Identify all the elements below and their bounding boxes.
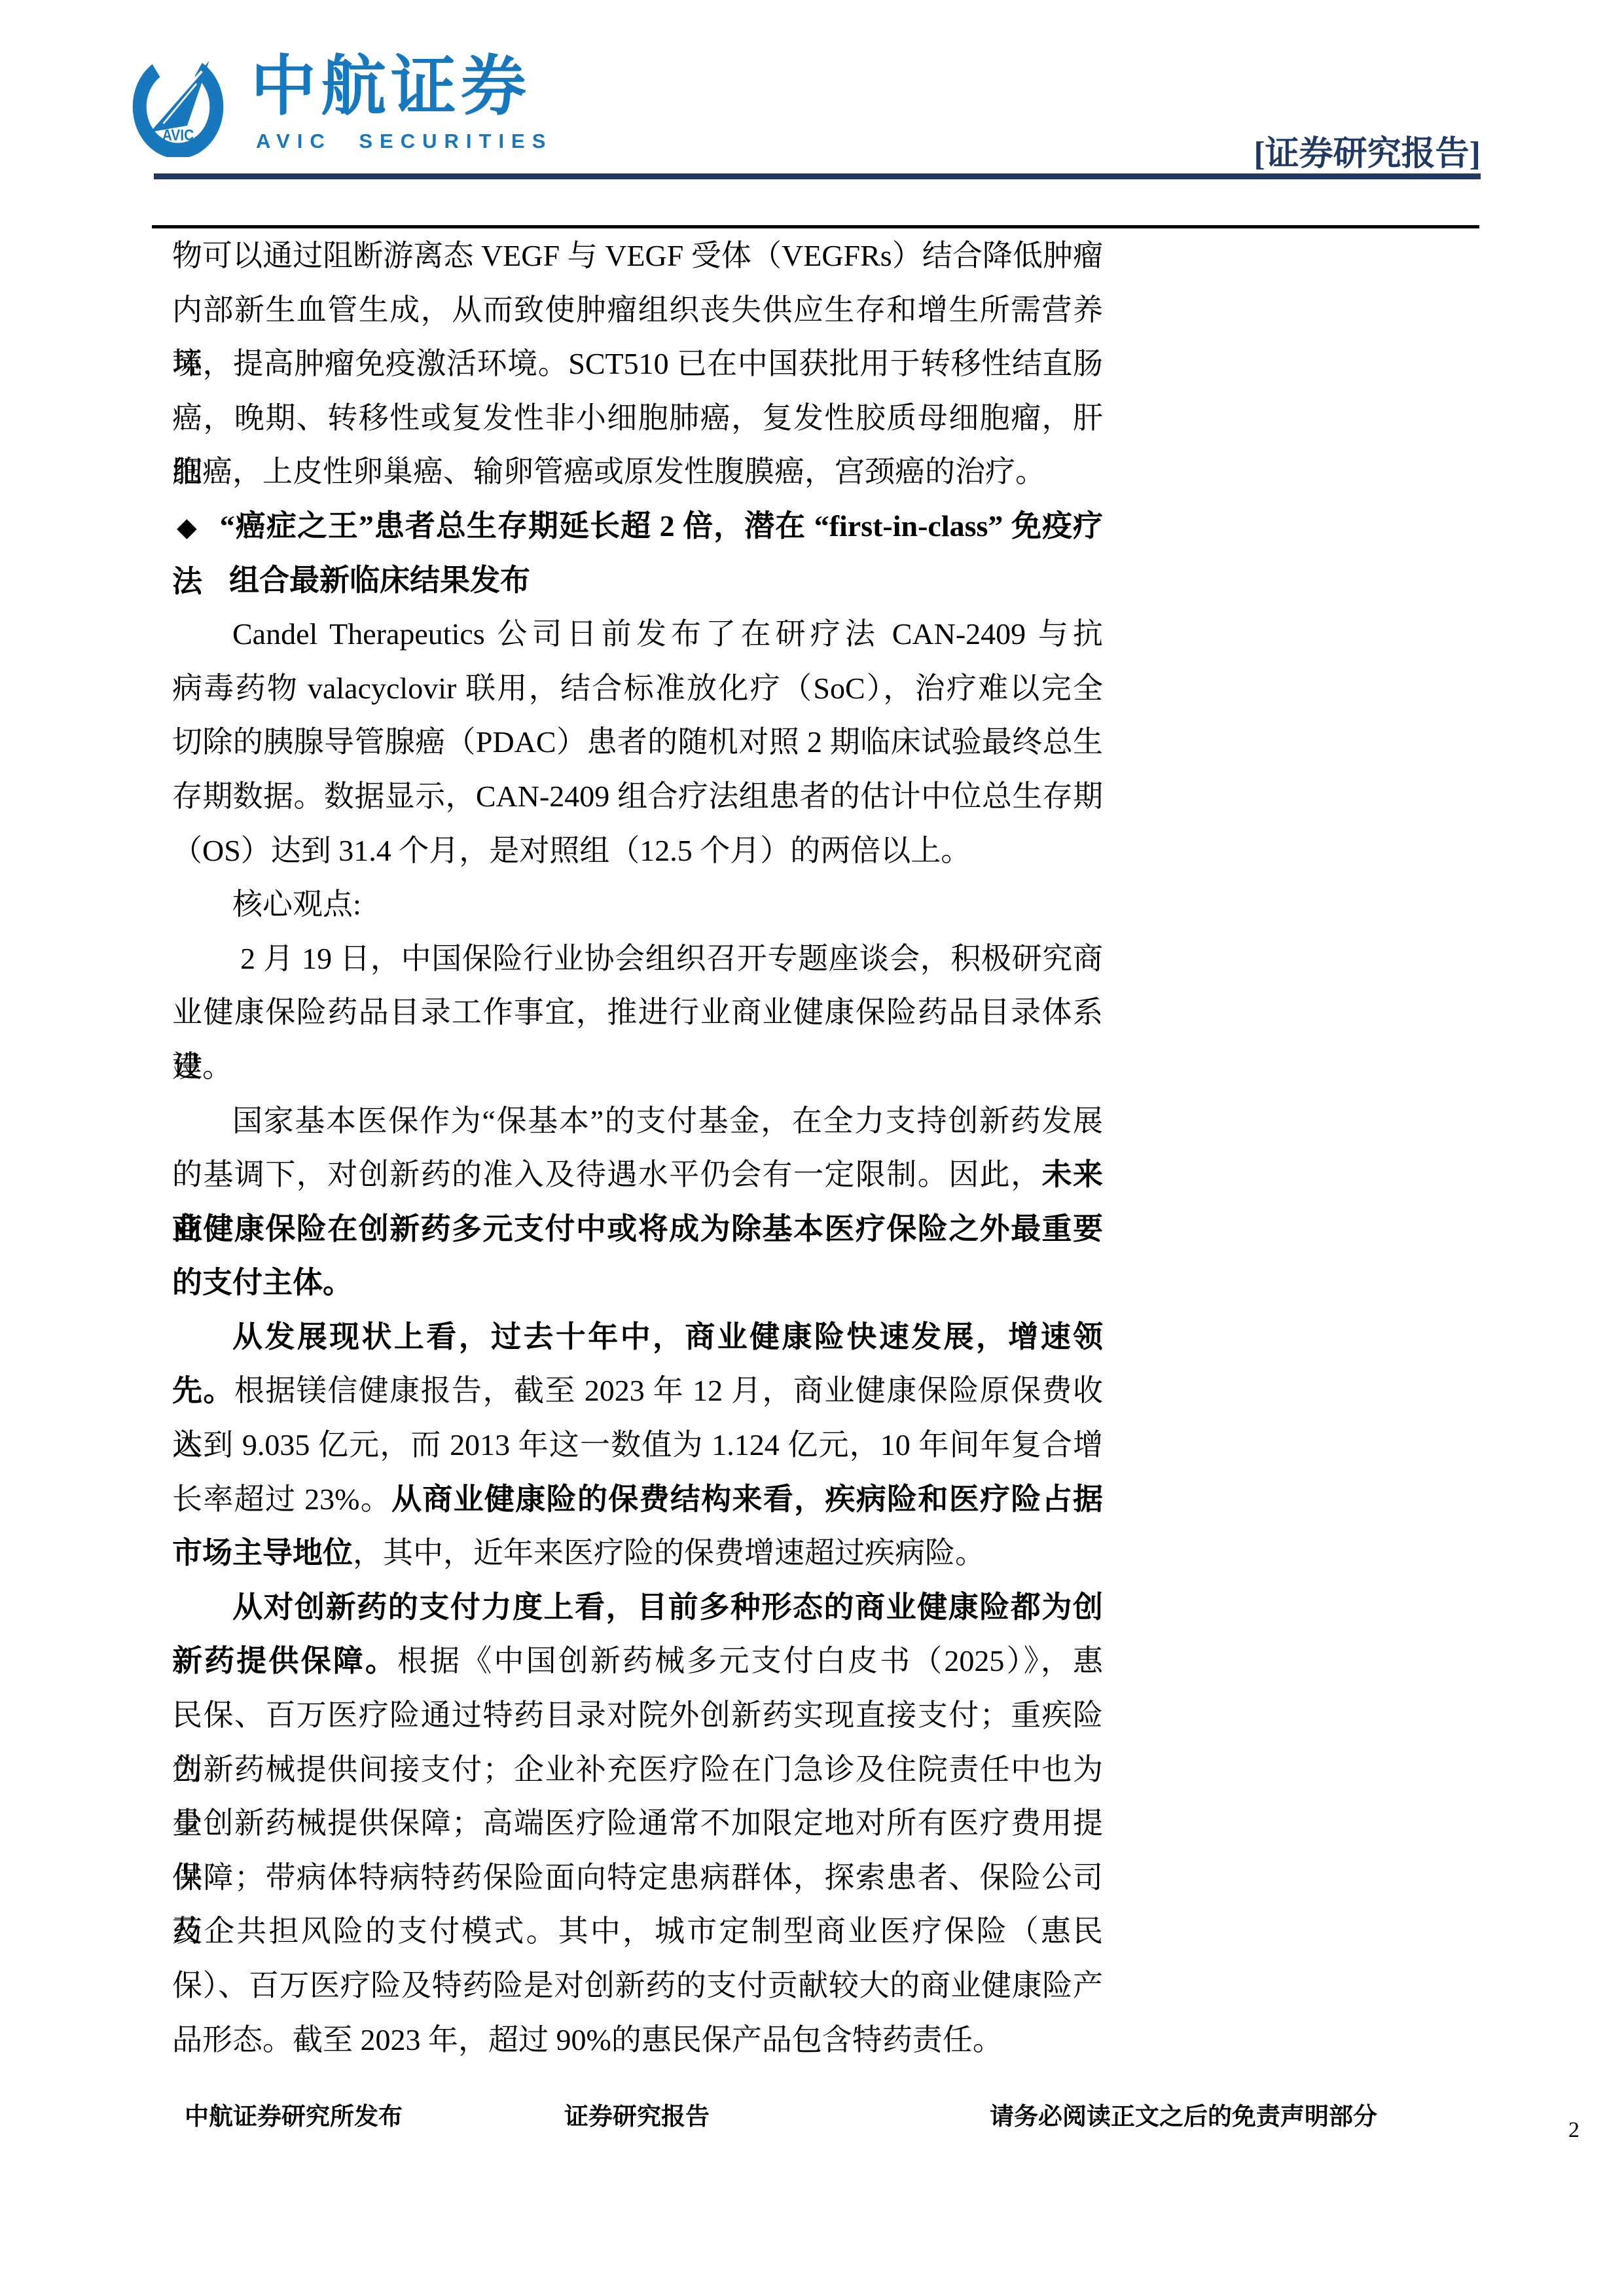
- body-line: 从对创新药的支付力度上看，目前多种形态的商业健康险都为创: [172, 1581, 1103, 1635]
- body-run: 保）、百万医疗险及特药险是对创新药的支付贡献较大的商业健康险产: [172, 1969, 1103, 2002]
- report-page: AVIC 中航证券 AVIC SECURITIES [证券研究报告] 物可以通过…: [0, 0, 1624, 2296]
- avic-logo-icon: AVIC: [132, 52, 224, 157]
- body-line: 2 月 19 日，中国保险行业协会组织召开专题座谈会，积极研究商: [172, 932, 1103, 986]
- body-run: 药企共担风险的支付模式。其中，城市定制型商业医疗保险（惠民: [172, 1914, 1103, 1948]
- body-line: 设。: [172, 1040, 1103, 1094]
- body-run-bold: 组合最新临床结果发布: [229, 564, 530, 597]
- body-line: 民保、百万医疗险通过特药目录对院外创新药实现直接支付；重疾险为: [172, 1689, 1103, 1743]
- body-line: 长率超过 23%。从商业健康险的保费结构来看，疾病险和医疗险占据: [172, 1473, 1103, 1527]
- body-line: 从发展现状上看，过去十年中，商业健康险快速发展，增速领: [172, 1310, 1103, 1365]
- body-run: Candel Therapeutics 公司日前发布了在研疗法 CAN-2409…: [232, 617, 1103, 651]
- body-line: 品形态。截至 2023 年，超过 90%的惠民保产品包含特药责任。: [172, 2013, 1103, 2068]
- body-run-bold: 从发展现状上看，过去十年中，商业健康险快速发展，增速领: [232, 1320, 1103, 1354]
- body-line: Candel Therapeutics 公司日前发布了在研疗法 CAN-2409…: [172, 607, 1103, 662]
- body-line: 癌，晚期、转移性或复发性非小细胞肺癌，复发性胶质母细胞瘤，肝细: [172, 391, 1103, 446]
- body-line: 达到 9.035 亿元，而 2013 年这一数值为 1.124 亿元，10 年间…: [172, 1418, 1103, 1473]
- body-run-bold: 从对创新药的支付力度上看，目前多种形态的商业健康险都为创: [232, 1590, 1103, 1624]
- body-run: 境，提高肿瘤免疫激活环境。SCT510 已在中国获批用于转移性结直肠: [172, 347, 1103, 380]
- body-line: 存期数据。数据显示，CAN-2409 组合疗法组患者的估计中位总生存期: [172, 770, 1103, 824]
- footer-disclaimer: 请务必阅读正文之后的免责声明部分: [990, 2102, 1377, 2132]
- body-line: 内部新生血管生成，从而致使肿瘤组织丧失供应生存和增生所需营养环: [172, 283, 1103, 338]
- body-text: 物可以通过阻断游离态 VEGF 与 VEGF 受体（VEGFRs）结合降低肿瘤内…: [172, 229, 1103, 2067]
- body-run: 的基调下，对创新药的准入及待遇水平仍会有一定限制。因此，: [172, 1158, 1042, 1191]
- body-line: 国家基本医保作为“保基本”的支付基金，在全力支持创新药发展: [172, 1094, 1103, 1149]
- body-top-rule: [152, 225, 1479, 228]
- footer-publisher: 中航证券研究所发布: [185, 2102, 403, 2132]
- body-line: 保障；带病体特病特药保险面向特定患病群体，探索患者、保险公司及: [172, 1851, 1103, 1905]
- body-line: 胞癌，上皮性卵巢癌、输卵管癌或原发性腹膜癌，宫颈癌的治疗。: [172, 445, 1103, 499]
- body-run-bold: 从商业健康险的保费结构来看，疾病险和医疗险占据: [391, 1482, 1103, 1516]
- body-line: 的支付主体。: [172, 1256, 1103, 1310]
- body-run: ，其中，近年来医疗险的保费增速超过疾病险。: [353, 1536, 985, 1570]
- footer-report-type: 证券研究报告: [564, 2102, 710, 2132]
- body-line: 境，提高肿瘤免疫激活环境。SCT510 已在中国获批用于转移性结直肠: [172, 337, 1103, 391]
- body-run: 核心观点:: [232, 888, 361, 921]
- body-line: 新药提供保障。根据《中国创新药械多元支付白皮书（2025）》，惠: [172, 1634, 1103, 1689]
- body-run: （OS）达到 31.4 个月，是对照组（12.5 个月）的两倍以上。: [172, 834, 971, 867]
- body-run: 2 月 19 日，中国保险行业协会组织召开专题座谈会，积极研究商: [232, 942, 1103, 975]
- body-run: 物可以通过阻断游离态 VEGF 与 VEGF 受体（VEGFRs）结合降低肿瘤: [172, 239, 1103, 272]
- report-type-label: [证券研究报告]: [1254, 126, 1481, 175]
- brand-name-cn: 中航证券: [251, 47, 531, 126]
- body-run-bold: 的支付主体。: [172, 1266, 353, 1299]
- body-run-bold: 新药提供保障。: [172, 1644, 397, 1677]
- body-line: 业健康保险在创新药多元支付中或将成为除基本医疗保险之外最重要: [172, 1202, 1103, 1257]
- header-rule: [154, 173, 1481, 179]
- body-line: 量创新药械提供保障；高端医疗险通常不加限定地对所有医疗费用提供: [172, 1797, 1103, 1851]
- body-run: 根据《中国创新药械多元支付白皮书（2025）》，惠: [397, 1644, 1103, 1677]
- body-run: 长率超过 23%。: [172, 1482, 391, 1516]
- body-run-bold: 业健康保险在创新药多元支付中或将成为除基本医疗保险之外最重要: [172, 1212, 1103, 1246]
- body-run: 胞癌，上皮性卵巢癌、输卵管癌或原发性腹膜癌，宫颈癌的治疗。: [172, 455, 1045, 488]
- body-line: 组合最新临床结果发布: [172, 554, 1103, 608]
- body-run-bold: 先。: [172, 1374, 234, 1407]
- body-line: 业健康保险药品目录工作事宜，推进行业商业健康保险药品目录体系建: [172, 986, 1103, 1040]
- body-run: 设。: [172, 1050, 232, 1083]
- brand-name-en: AVIC SECURITIES: [256, 130, 552, 153]
- body-line: （OS）达到 31.4 个月，是对照组（12.5 个月）的两倍以上。: [172, 824, 1103, 878]
- body-run: 达到 9.035 亿元，而 2013 年这一数值为 1.124 亿元，10 年间…: [172, 1428, 1103, 1462]
- body-run: 存期数据。数据显示，CAN-2409 组合疗法组患者的估计中位总生存期: [172, 780, 1103, 813]
- body-line: 保）、百万医疗险及特药险是对创新药的支付贡献较大的商业健康险产: [172, 1959, 1103, 2013]
- body-line: 切除的胰腺导管腺癌（PDAC）患者的随机对照 2 期临床试验最终总生: [172, 715, 1103, 770]
- body-line: 核心观点:: [172, 878, 1103, 932]
- body-line: 先。根据镁信健康报告，截至 2023 年 12 月，商业健康保险原保费收入: [172, 1364, 1103, 1418]
- body-line: 物可以通过阻断游离态 VEGF 与 VEGF 受体（VEGFRs）结合降低肿瘤: [172, 229, 1103, 283]
- body-run: 切除的胰腺导管腺癌（PDAC）患者的随机对照 2 期临床试验最终总生: [172, 725, 1103, 759]
- body-line: 药企共担风险的支付模式。其中，城市定制型商业医疗保险（惠民: [172, 1905, 1103, 1959]
- body-run: 病毒药物 valacyclovir 联用，结合标准放化疗（SoC），治疗难以完全: [172, 672, 1103, 705]
- body-line: 病毒药物 valacyclovir 联用，结合标准放化疗（SoC），治疗难以完全: [172, 662, 1103, 716]
- body-line: 的基调下，对创新药的准入及待遇水平仍会有一定限制。因此，未来商: [172, 1148, 1103, 1202]
- diamond-bullet-icon: ◆: [177, 512, 198, 542]
- body-run: 品形态。截至 2023 年，超过 90%的惠民保产品包含特药责任。: [172, 2023, 1003, 2056]
- page-number: 2: [1568, 2118, 1579, 2143]
- body-run: 国家基本医保作为“保基本”的支付基金，在全力支持创新药发展: [232, 1104, 1103, 1138]
- body-line: 市场主导地位，其中，近年来医疗险的保费增速超过疾病险。: [172, 1526, 1103, 1581]
- body-line: ◆“癌症之王”患者总生存期延长超 2 倍，潜在 “first-in-class”…: [172, 499, 1103, 554]
- body-run-bold: 市场主导地位: [172, 1536, 353, 1570]
- body-line: 创新药械提供间接支付；企业补充医疗险在门急诊及住院责任中也为少: [172, 1743, 1103, 1797]
- avic-logo-text: AVIC: [162, 126, 194, 144]
